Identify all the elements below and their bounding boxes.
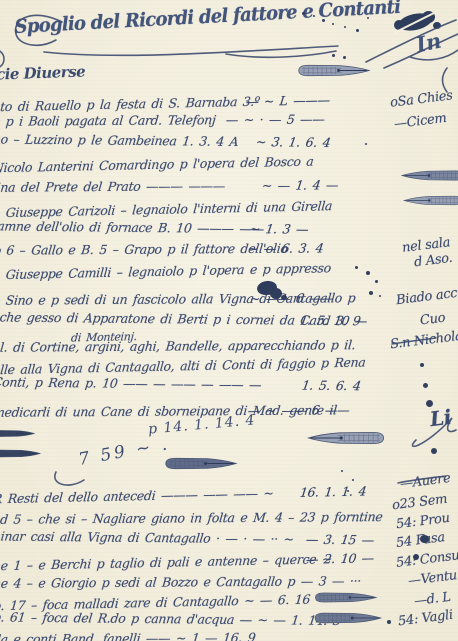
ink-dot	[365, 143, 367, 145]
ledger-row: e Giuseppe Carizoli – legnaiolo l'intern…	[0, 195, 458, 220]
pen-nib-icon	[312, 591, 380, 604]
ledger-text: lina del Prete del Prato ——— ———	[0, 178, 226, 195]
ledger-amount: ~ 1. 3 —	[249, 221, 310, 237]
ledger-row: e Giuseppe Camilli – legnaiolo p l'opera…	[0, 257, 458, 282]
ledger-text: Nicolo Lanterini Comardingo p l'opera de…	[0, 154, 314, 176]
ledger-text: ne 4 – e Giorgio p sedi al Bozzo e Canta…	[0, 573, 362, 591]
ledger-amount: — 2. 10 —	[305, 550, 375, 566]
ledger-amount: — ~ L ———	[245, 92, 331, 109]
ledger-row: e Sino e p sedi di un fascicolo alla Vig…	[0, 289, 458, 307]
margin-note: Li	[429, 405, 453, 431]
ledger-text: R Resti del dello antecedi ——— —— —— ~	[0, 485, 274, 506]
ledger-text: e p i Baoli pagata al Card. Telefonj	[0, 112, 216, 129]
ink-dot	[369, 291, 373, 295]
ledger-amount: — 3. 15 —	[305, 532, 375, 548]
ledger-text: famne dell'olio di fornace B. 10 ——— ——	[0, 218, 265, 236]
ledger-text: al. di Cortine, argini, aghi, Bandelle, …	[0, 337, 356, 355]
ledger-amount: 16. 1. 1. 4	[299, 483, 367, 499]
title-underline-flourish	[44, 46, 338, 55]
ledger-text: ne 1 – e Berchi p taglio di pali e anten…	[0, 551, 333, 573]
ink-dot	[341, 470, 343, 472]
ledger-amount: 1. 5. 6. 4	[301, 378, 362, 394]
pen-nib-icon	[162, 456, 240, 471]
ink-dot	[343, 56, 346, 59]
ledger-row: Conti, p Rena p. 10 —— — —— — —— —1. 5. …	[0, 374, 458, 394]
ink-dot	[426, 400, 433, 407]
ledger-text: ad 5 – che si – Nagliare giano in folta …	[0, 509, 383, 527]
ink-dot	[387, 620, 391, 624]
carryover-mark: 7 59 ~ .	[77, 434, 171, 470]
ledger-row: da e conti Band. fanelli —— ~ 1 — 16. 9	[0, 628, 458, 641]
ink-dot	[352, 479, 354, 481]
ink-dot	[313, 15, 315, 17]
ink-blot	[420, 535, 429, 543]
ledger-text: p 6 – Gallo e B. 5 – Grapo p il fattore …	[0, 241, 288, 258]
page-title: Spoglio del Ricordi del fattore e Contan…	[14, 0, 401, 38]
ink-dot	[302, 12, 305, 15]
ink-dot	[356, 29, 359, 32]
margin-note: —d. L	[413, 590, 451, 609]
ledger-text: olle alla Vigna di Cantagallo, alti di C…	[0, 354, 366, 377]
ink-dot	[332, 54, 335, 57]
ledger-row: R Resti del dello antecedi ——— —— —— ~16…	[0, 481, 458, 506]
manuscript-page: Spoglio del Ricordi del fattore e Contan…	[0, 0, 458, 641]
ledger-row: olle alla Vigna di Cantagallo, alti di C…	[0, 352, 458, 377]
ledger-text: da e conti Band. fanelli —— ~ 1 — 16. 9	[0, 630, 256, 641]
ink-dot	[366, 271, 370, 275]
ledger-row: ne 1 – e Berchi p taglio di pali e anten…	[0, 548, 458, 573]
ink-dot	[332, 23, 334, 25]
ledger-row: ne 4 – e Giorgio p sedi al Bozzo e Canta…	[0, 572, 458, 590]
ink-dot	[431, 448, 437, 454]
ink-dot	[322, 19, 325, 22]
ledger-row: e p i Baoli pagata al Card. Telefonj— ~ …	[0, 110, 458, 128]
ink-blot	[394, 20, 404, 30]
ink-dot	[379, 295, 381, 297]
ink-blot	[433, 22, 441, 29]
ink-dot	[344, 26, 346, 28]
pen-nib-icon	[312, 611, 384, 625]
ink-blot	[422, 11, 435, 23]
ink-blot	[281, 295, 287, 300]
ink-dot	[355, 266, 358, 269]
margin-note: Cuo	[419, 311, 446, 329]
ledger-text: no – Luzzino p le Gambeinea 1. 3. 4 A	[0, 131, 239, 149]
pen-nib-icon	[402, 192, 458, 209]
ledger-text: e Giuseppe Camilli – legnaiolo p l'opera…	[0, 260, 332, 282]
pen-nib-icon	[294, 63, 374, 78]
pen-nib-icon	[400, 167, 458, 184]
ledger-amount: ~ — 6. 3. 4	[247, 240, 324, 256]
ledger-row: lina del Prete del Prato ——— ———~ — 1. 4…	[0, 176, 458, 194]
pen-nib-icon	[306, 430, 386, 446]
ink-dot	[347, 490, 349, 492]
title-fragment: In	[414, 28, 444, 58]
ink-dot	[420, 363, 424, 367]
ledger-amount: — ~ —— 6 ——	[247, 402, 351, 418]
ink-blot	[413, 554, 419, 560]
ledger-text: e Giuseppe Carizoli – legnaiolo l'intern…	[0, 198, 333, 220]
ledger-amount: ~ — 1. 4 —	[261, 177, 339, 193]
ledger-text: ninar casi alla Vigna di Cantagallo · — …	[0, 528, 295, 546]
ledger-row: no – Luzzino p le Gambeinea 1. 3. 4 A~ 3…	[0, 131, 458, 151]
ink-dot	[423, 383, 428, 388]
pen-nib-icon	[0, 447, 42, 460]
ledger-row: ad 5 – che si – Nagliare giano in folta …	[0, 508, 458, 526]
ink-dot	[375, 280, 378, 283]
ledger-row: ninar casi alla Vigna di Cantagallo · — …	[0, 528, 458, 548]
ledger-text: Conti, p Rena p. 10 —— — —— — —— —	[0, 374, 262, 392]
section-label: cie Diuerse	[0, 62, 85, 83]
ledger-row: Nicolo Lanterini Comardingo p l'opera de…	[0, 150, 458, 175]
pen-nib-icon	[0, 428, 36, 439]
ledger-row: p 6 – Gallo e B. 5 – Grapo p il fattore …	[0, 239, 458, 257]
ledger-row: famne dell'olio di fornace B. 10 ——— ——~…	[0, 218, 458, 238]
ledger-text: p. 61 – foca del R.do p canna d'acqua — …	[0, 609, 351, 628]
ink-dot	[367, 17, 369, 19]
ledger-amount: ~ 3. 1. 6. 4	[255, 134, 332, 150]
ledger-amount: — ~ · — 5 ——	[225, 111, 326, 127]
